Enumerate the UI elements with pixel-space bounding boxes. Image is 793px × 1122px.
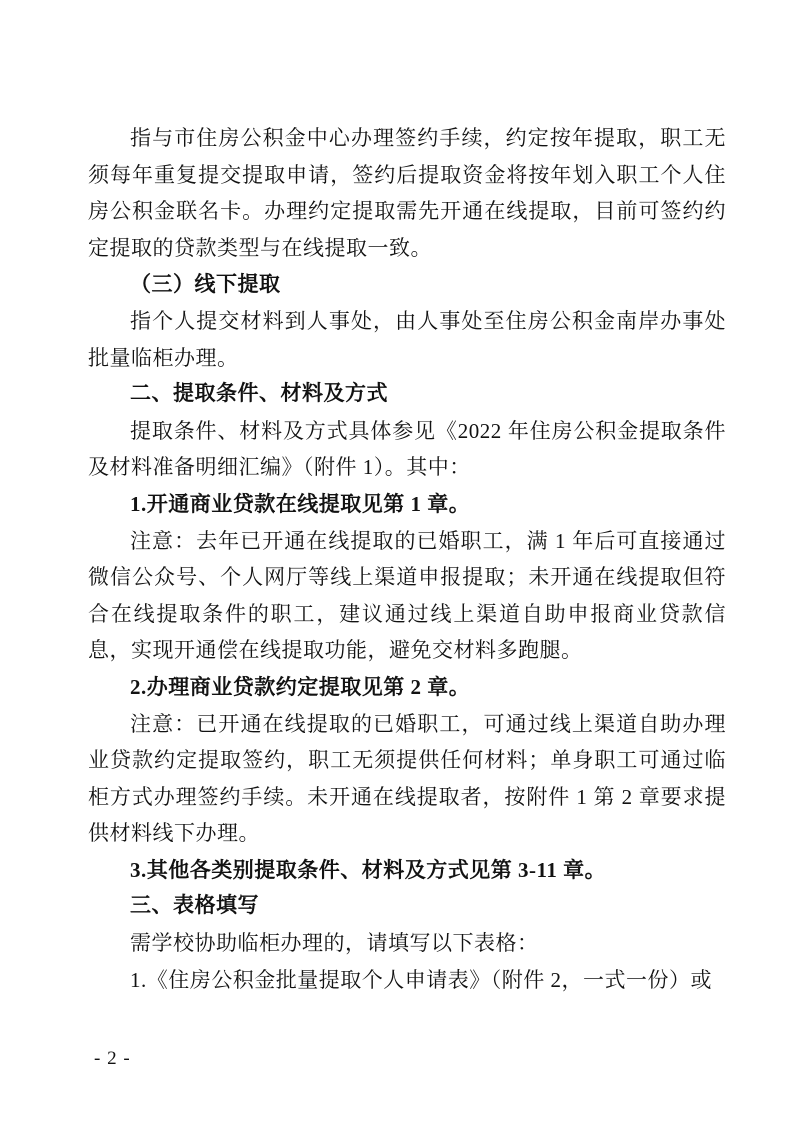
paragraph-offline-withdrawal-desc: 指个人提交材料到人事处，由人事处至住房公积金南岸办事处批量临柜办理。: [88, 303, 726, 376]
heading-item-3-other-categories: 3.其他各类别提取条件、材料及方式见第 3-11 章。: [88, 852, 726, 889]
paragraph-item-1-note: 注意：去年已开通在线提取的已婚职工，满 1 年后可直接通过微信公众号、个人网厅等…: [88, 523, 726, 669]
document-page: 指与市住房公积金中心办理签约手续，约定按年提取，职工无须每年重复提交提取申请，签…: [0, 0, 793, 1122]
heading-offline-withdrawal: （三）线下提取: [88, 266, 726, 303]
paragraph-appointed-withdrawal-desc: 指与市住房公积金中心办理签约手续，约定按年提取，职工无须每年重复提交提取申请，签…: [88, 120, 726, 266]
heading-item-1-commercial-loan-online: 1.开通商业贷款在线提取见第 1 章。: [88, 486, 726, 523]
document-body: 指与市住房公积金中心办理签约手续，约定按年提取，职工无须每年重复提交提取申请，签…: [88, 120, 726, 998]
page-number: - 2 -: [94, 1048, 131, 1070]
paragraph-form-1-application-table: 1.《住房公积金批量提取个人申请表》（附件 2，一式一份）或: [88, 962, 726, 999]
heading-section-2-conditions: 二、提取条件、材料及方式: [88, 376, 726, 413]
heading-item-2-commercial-loan-appointed: 2.办理商业贷款约定提取见第 2 章。: [88, 669, 726, 706]
heading-section-3-form-filling: 三、表格填写: [88, 888, 726, 925]
paragraph-item-2-note: 注意：已开通在线提取的已婚职工，可通过线上渠道自助办理业贷款约定提取签约，职工无…: [88, 706, 726, 852]
paragraph-conditions-reference: 提取条件、材料及方式具体参见《2022 年住房公积金提取条件及材料准备明细汇编》…: [88, 413, 726, 486]
paragraph-form-filling-intro: 需学校协助临柜办理的，请填写以下表格：: [88, 925, 726, 962]
